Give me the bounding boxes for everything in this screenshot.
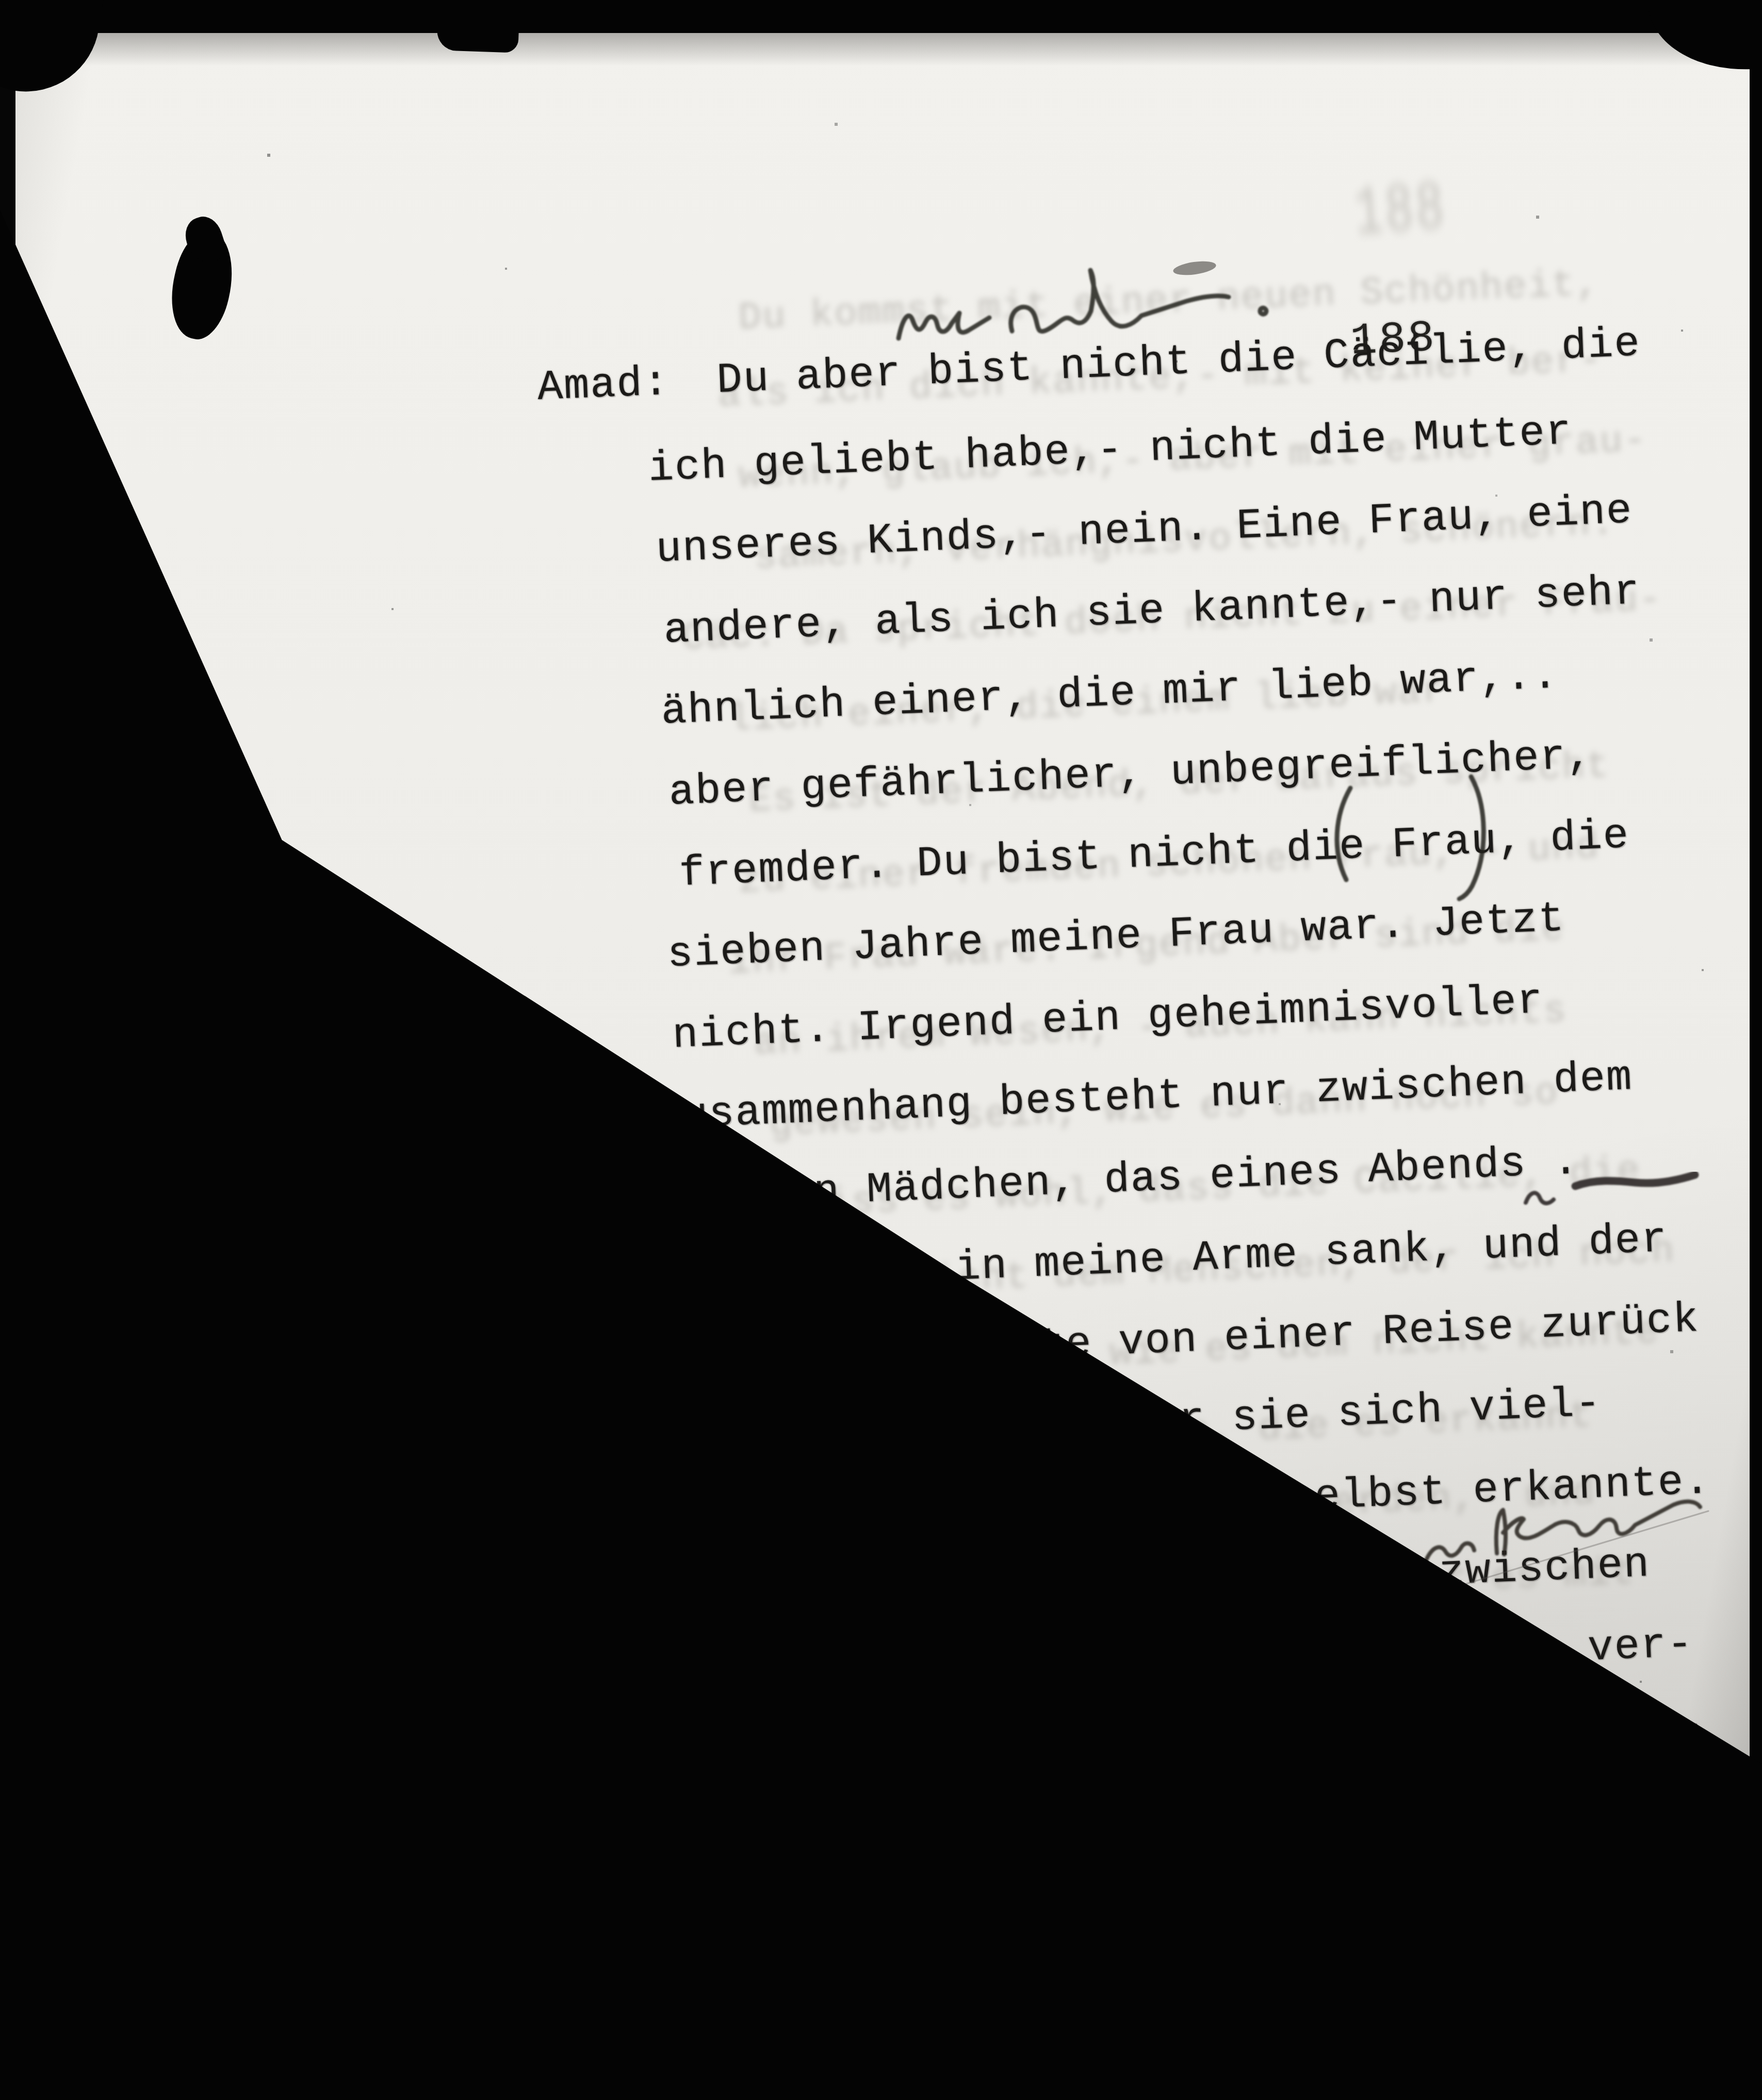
speaker-label: Amad: xyxy=(536,359,671,412)
scanned-typescript-page: Du kommst mit einer neuen Schönheit, als… xyxy=(0,0,1762,2100)
dialogue-line: andere, als ich sie kannte,- nur sehr xyxy=(663,568,1641,655)
scan-defect-tab xyxy=(436,0,519,53)
scan-border-top xyxy=(0,0,1762,33)
page-number-ghost: 188 xyxy=(1352,169,1449,254)
paper-top-shadow xyxy=(15,30,1751,66)
